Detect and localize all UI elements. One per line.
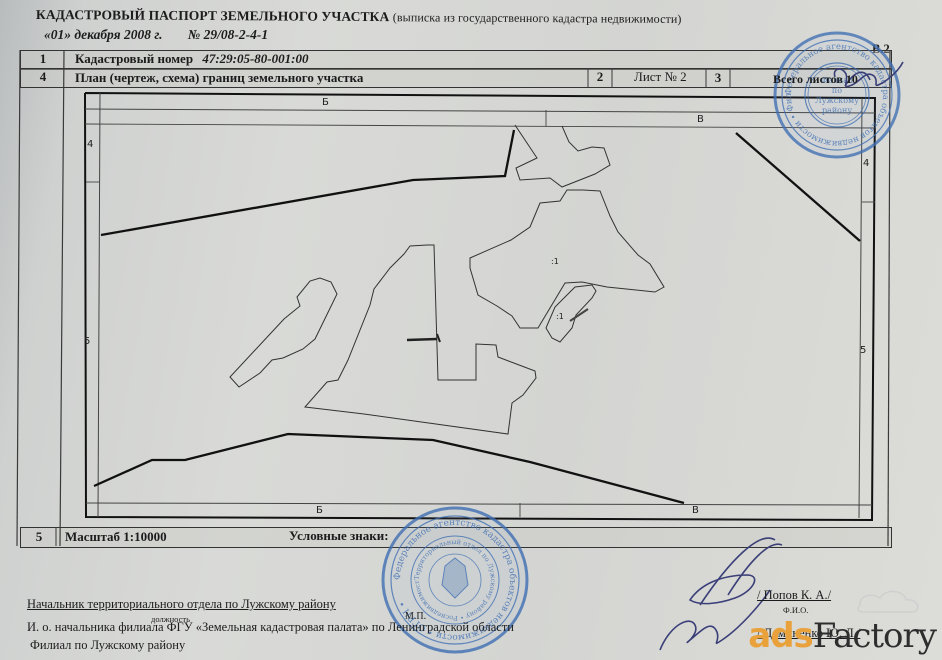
row5-number: 5 (24, 529, 54, 545)
watermark-logo: adsFactory (748, 616, 936, 656)
cell-2: 2 (590, 69, 610, 85)
row1-number: 1 (28, 51, 58, 67)
frame-label-right-lower: 5 (860, 345, 866, 356)
cadastral-number-value: 47:29:05-80-001:00 (202, 51, 308, 66)
frame-label-left-upper: 4 (87, 139, 93, 150)
frame-label-right-upper: 4 (863, 158, 869, 169)
bottom-stamp: Федеральное агентство кадастра объектов … (0, 0, 527, 652)
legend-label: Условные знаки: (289, 528, 389, 544)
cadastral-number-label: Кадастровый номер (75, 51, 193, 66)
svg-text:по: по (832, 86, 842, 95)
plan-header-label: План (чертеж, схема) границ земельного у… (75, 70, 363, 86)
name-caption: Ф.И.О. (783, 605, 808, 615)
cadastral-number-field: Кадастровый номер 47:29:05-80-001:00 (75, 51, 308, 67)
frame-label-left-lower: 5 (84, 336, 90, 347)
document-grid: :1 :1 Филиал по Лужскому району Федераль… (0, 0, 942, 660)
cell-3: 3 (708, 70, 728, 86)
frame-label-top-right: В (697, 114, 704, 125)
total-sheets: Всего листов 10 (773, 72, 858, 87)
stamp-place-label: М.П. (405, 611, 426, 622)
frame-label-bottom-right: В (692, 505, 699, 516)
sheet-number: Лист № 2 (634, 69, 687, 85)
parcel-marker-1: :1 (551, 257, 559, 266)
signatory-name-1: / Попов К. А./ (757, 588, 831, 603)
position-2: И. о. начальника филиала ФГУ «Земельная … (27, 620, 514, 635)
svg-text:району: району (822, 106, 852, 115)
svg-text:Лужскому: Лужскому (815, 96, 859, 105)
row4-number: 4 (28, 69, 58, 85)
position-3: Филиал по Лужскому району (30, 638, 185, 653)
position-1: Начальник территориального отдела по Луж… (27, 597, 336, 612)
parcel-marker-2: :1 (556, 312, 564, 321)
scale-label: Масштаб 1:10000 (65, 529, 167, 545)
frame-label-top-left: Б (322, 97, 329, 108)
frame-label-bottom-left: Б (316, 505, 323, 516)
